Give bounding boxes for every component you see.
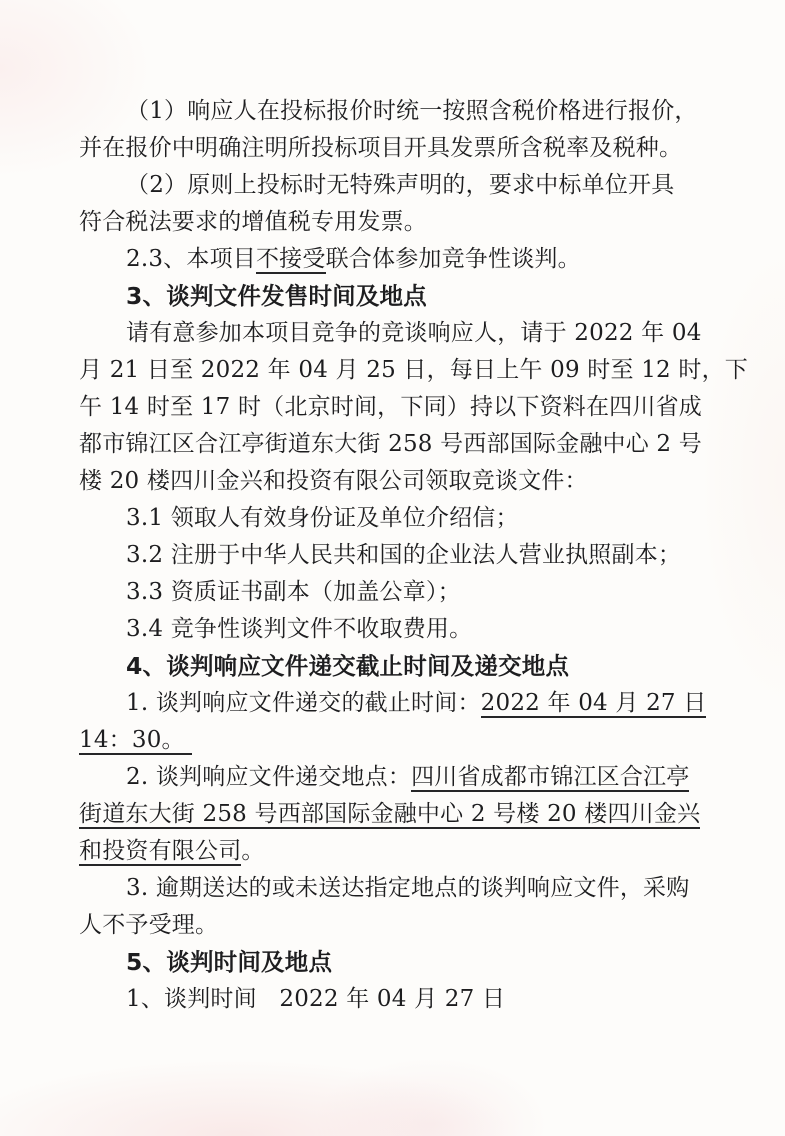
address-underlined-text-1: 四川省成都市锦江区合江亭	[411, 764, 689, 792]
section-3-para-line-3: 午 14 时至 17 时（北京时间，下同）持以下资料在四川省成	[79, 389, 749, 426]
section-3-para-line-1-text: 请有意参加本项目竞争的竞谈响应人，请于 2022 年 04	[126, 320, 702, 346]
section-3-para-line-2: 月 21 日至 2022 年 04 月 25 日，每日上午 09 时至 12 时…	[79, 352, 749, 389]
late-delivery-line-1-text: 3. 逾期送达的或未送达指定地点的谈判响应文件，采购	[126, 875, 689, 901]
address-underlined-text-2: 街道东大街 258 号西部国际金融中心 2 号楼 20 楼四川金兴	[79, 801, 700, 829]
deadline-time-underlined-text: 14：30。	[79, 727, 192, 755]
address-underlined-text-3: 和投资有限公司	[79, 838, 241, 866]
list-item-3-1: 3.1 领取人有效身份证及单位介绍信；	[79, 500, 749, 537]
clause-2-line-2-text: 符合税法要求的增值税专用发票。	[79, 209, 427, 235]
clause-1-line-1: （1）响应人在投标报价时统一按照含税价格进行报价，	[79, 93, 749, 130]
late-delivery-line-2: 人不予受理。	[79, 907, 749, 944]
address-pre-text: 2. 谈判响应文件递交地点：	[126, 764, 411, 790]
section-3-para-line-4: 都市锦江区合江亭街道东大街 258 号西部国际金融中心 2 号	[79, 426, 749, 463]
clause-1-line-1-text: （1）响应人在投标报价时统一按照含税价格进行报价，	[126, 98, 698, 124]
document-body: （1）响应人在投标报价时统一按照含税价格进行报价， 并在报价中明确注明所投标项目…	[79, 93, 749, 1018]
section-5-heading-text: 5、谈判时间及地点	[126, 948, 332, 976]
deadline-line-1: 1. 谈判响应文件递交的截止时间：2022 年 04 月 27 日	[79, 685, 749, 722]
negotiation-time-text: 1、谈判时间 2022 年 04 月 27 日	[126, 986, 505, 1012]
clause-2-3-pre-text: 2.3、本项目	[126, 246, 256, 272]
list-item-3-2-text: 3.2 注册于中华人民共和国的企业法人营业执照副本；	[126, 542, 681, 568]
section-3-para-line-2-text: 月 21 日至 2022 年 04 月 25 日，每日上午 09 时至 12 时…	[79, 357, 748, 383]
section-5-heading: 5、谈判时间及地点	[79, 944, 749, 981]
section-3-heading: 3、谈判文件发售时间及地点	[79, 278, 749, 315]
clause-2-3-underlined-text: 不接受	[256, 246, 326, 274]
clause-2-3-post-text: 联合体参加竞争性谈判。	[326, 246, 581, 272]
address-line-2: 街道东大街 258 号西部国际金融中心 2 号楼 20 楼四川金兴	[79, 796, 749, 833]
document-page: （1）响应人在投标报价时统一按照含税价格进行报价， 并在报价中明确注明所投标项目…	[0, 0, 785, 1136]
section-3-para-line-3-text: 午 14 时至 17 时（北京时间，下同）持以下资料在四川省成	[79, 394, 702, 420]
late-delivery-line-1: 3. 逾期送达的或未送达指定地点的谈判响应文件，采购	[79, 870, 749, 907]
address-line-3: 和投资有限公司。	[79, 833, 749, 870]
clause-1-line-2-text: 并在报价中明确注明所投标项目开具发票所含税率及税种。	[79, 135, 682, 161]
deadline-date-underlined-text: 2022 年 04 月 27 日	[481, 690, 707, 718]
late-delivery-line-2-text: 人不予受理。	[79, 912, 218, 938]
section-4-heading: 4、谈判响应文件递交截止时间及递交地点	[79, 648, 749, 685]
list-item-3-4-text: 3.4 竞争性谈判文件不收取费用。	[126, 616, 472, 642]
address-post-text: 。	[241, 838, 264, 864]
clause-2-line-1-text: （2）原则上投标时无特殊声明的，要求中标单位开具	[126, 172, 674, 198]
negotiation-time-line: 1、谈判时间 2022 年 04 月 27 日	[79, 981, 749, 1018]
list-item-3-3-text: 3.3 资质证书副本（加盖公章）；	[126, 579, 461, 605]
clause-2-line-2: 符合税法要求的增值税专用发票。	[79, 204, 749, 241]
section-3-para-line-4-text: 都市锦江区合江亭街道东大街 258 号西部国际金融中心 2 号	[79, 431, 702, 457]
section-4-heading-text: 4、谈判响应文件递交截止时间及递交地点	[126, 652, 569, 680]
clause-2-line-1: （2）原则上投标时无特殊声明的，要求中标单位开具	[79, 167, 749, 204]
clause-1-line-2: 并在报价中明确注明所投标项目开具发票所含税率及税种。	[79, 130, 749, 167]
section-3-heading-text: 3、谈判文件发售时间及地点	[126, 282, 427, 310]
section-3-para-line-5-text: 楼 20 楼四川金兴和投资有限公司领取竞谈文件：	[79, 468, 588, 494]
list-item-3-2: 3.2 注册于中华人民共和国的企业法人营业执照副本；	[79, 537, 749, 574]
list-item-3-1-text: 3.1 领取人有效身份证及单位介绍信；	[126, 505, 519, 531]
deadline-line-2: 14：30。	[79, 722, 749, 759]
list-item-3-3: 3.3 资质证书副本（加盖公章）；	[79, 574, 749, 611]
section-3-para-line-1: 请有意参加本项目竞争的竞谈响应人，请于 2022 年 04	[79, 315, 749, 352]
address-line-1: 2. 谈判响应文件递交地点：四川省成都市锦江区合江亭	[79, 759, 749, 796]
list-item-3-4: 3.4 竞争性谈判文件不收取费用。	[79, 611, 749, 648]
section-3-para-line-5: 楼 20 楼四川金兴和投资有限公司领取竞谈文件：	[79, 463, 749, 500]
clause-2-3-line: 2.3、本项目不接受联合体参加竞争性谈判。	[79, 241, 749, 278]
deadline-pre-text: 1. 谈判响应文件递交的截止时间：	[126, 690, 481, 716]
